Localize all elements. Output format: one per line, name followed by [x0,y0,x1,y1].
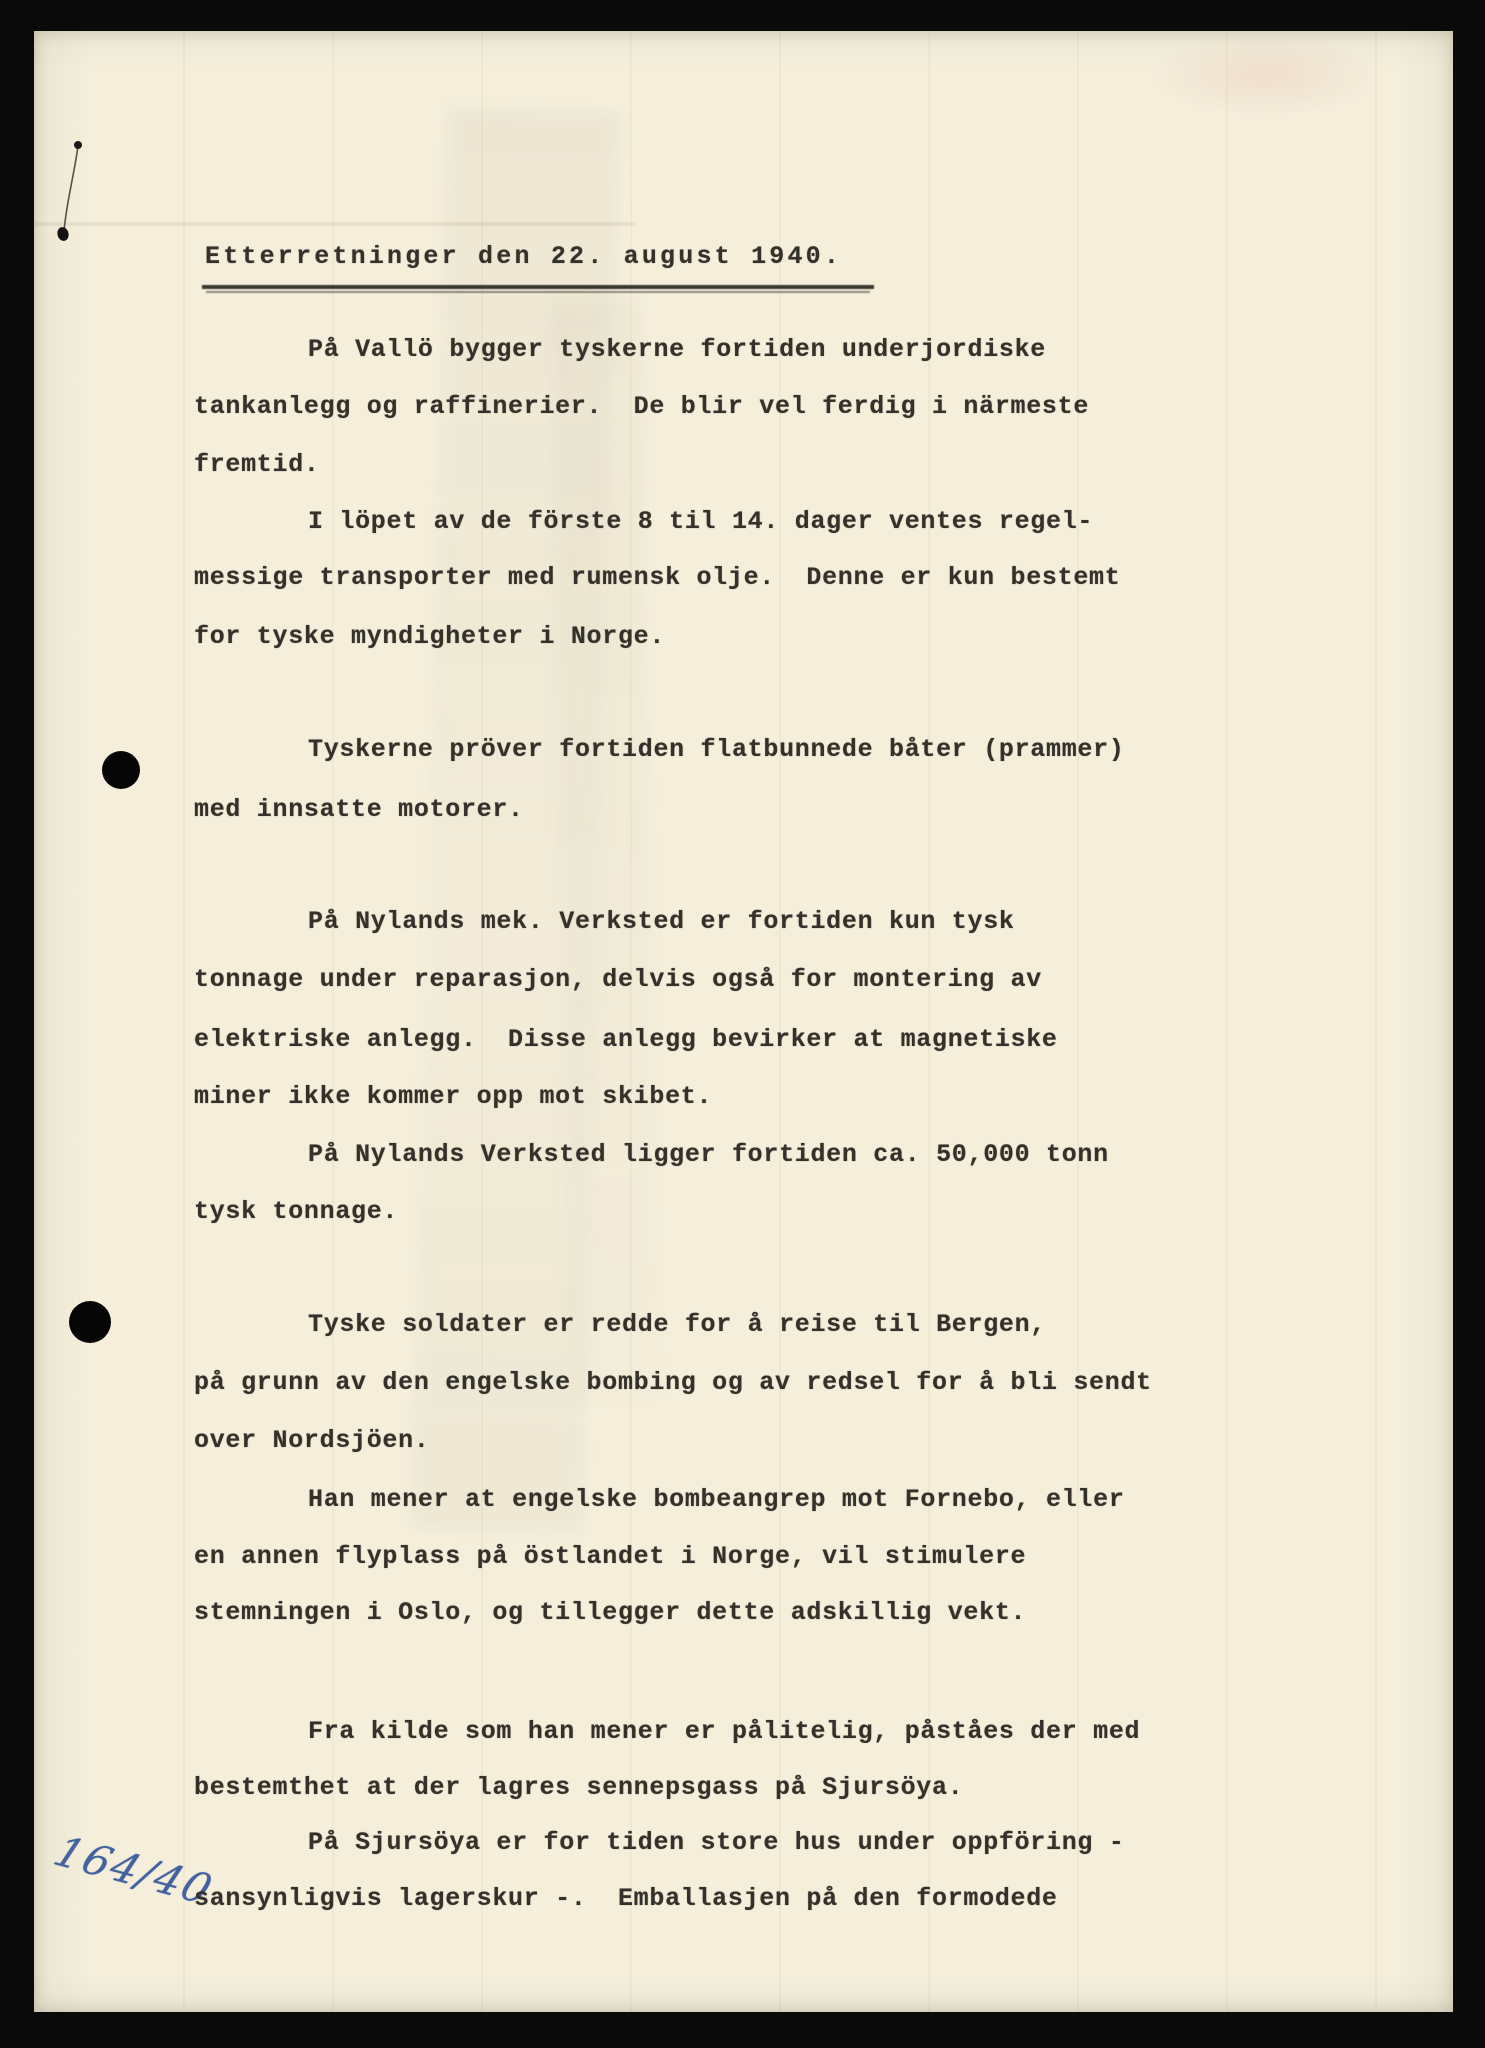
typed-line: en annen flyplass på östlandet i Norge, … [194,1542,1026,1572]
title-underline [202,285,874,289]
typed-line: Fra kilde som han mener er pålitelig, på… [308,1717,1140,1747]
hole-punch [69,1301,111,1343]
document-title: Etterretninger den 22. august 1940. [205,241,842,273]
typed-line: for tyske myndigheter i Norge. [194,622,665,652]
typed-line: over Nordsjöen. [194,1426,430,1456]
hole-punch [102,751,140,789]
typed-line: tysk tonnage. [194,1197,398,1227]
typed-line: På Nylands mek. Verksted er fortiden kun… [308,907,1015,937]
document-body: Etterretninger den 22. august 1940. 164/… [0,0,1485,2048]
paper-crease [34,223,634,225]
title-underline-echo [206,291,870,293]
typed-line: med innsatte motorer. [194,795,524,825]
scratch-mark [52,132,96,252]
typed-line: I löpet av de förste 8 til 14. dager ven… [308,507,1093,537]
bleed-through-mark [550,299,659,1400]
typed-line: tonnage under reparasjon, delvis også fo… [194,965,1042,995]
typed-line: stemningen i Oslo, og tillegger dette ad… [194,1598,1026,1628]
typed-line: fremtid. [194,450,320,480]
ink-smudge [1150,36,1380,116]
typed-line: Tyske soldater er redde for å reise til … [308,1310,1046,1340]
typed-line: sansynligvis lagerskur -. Emballasjen på… [194,1884,1058,1914]
typed-line: bestemthet at der lagres sennepsgass på … [194,1773,963,1803]
typed-line: På Vallö bygger tyskerne fortiden underj… [308,335,1046,365]
typed-line: På Nylands Verksted ligger fortiden ca. … [308,1140,1109,1170]
typed-line: miner ikke kommer opp mot skibet. [194,1082,712,1112]
typed-line: på grunn av den engelske bombing og av r… [194,1368,1152,1398]
typed-line: På Sjursöya er for tiden store hus under… [308,1828,1125,1858]
typed-line: Tyskerne pröver fortiden flatbunnede båt… [308,735,1125,765]
scan-background: Etterretninger den 22. august 1940. 164/… [0,0,1485,2048]
typed-line: Han mener at engelske bombeangrep mot Fo… [308,1485,1125,1515]
typed-line: tankanlegg og raffinerier. De blir vel f… [194,392,1089,422]
typed-line: elektriske anlegg. Disse anlegg bevirker… [194,1025,1058,1055]
typed-line: messige transporter med rumensk olje. De… [194,563,1120,593]
